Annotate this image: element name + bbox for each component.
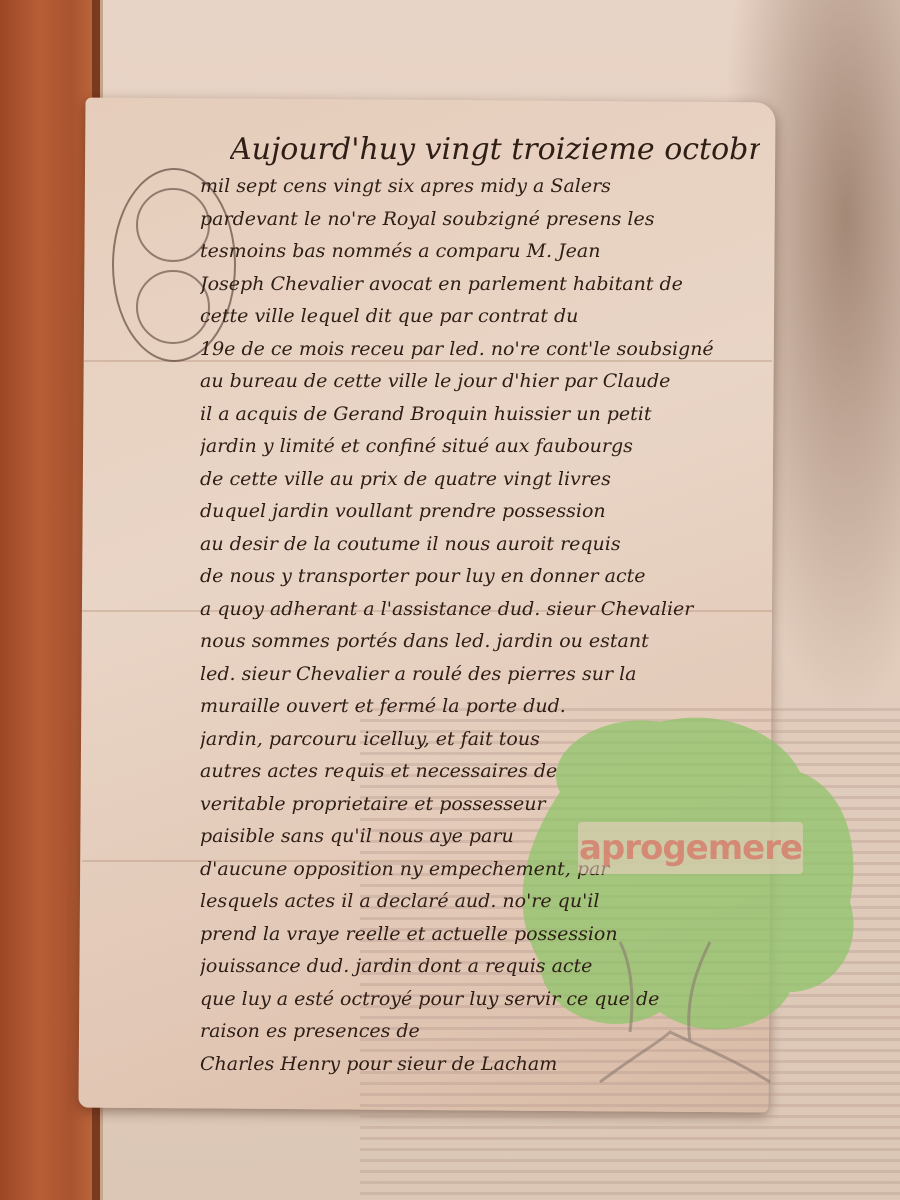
handwritten-text: Aujourd'huy vingt troizieme octobre mil …	[200, 130, 760, 1080]
document-line: Charles Henry pour sieur de Lacham	[200, 1048, 760, 1081]
document-line: prend la vraye reelle et actuelle posses…	[200, 918, 760, 951]
document-line: led. sieur Chevalier a roulé des pierres…	[200, 658, 760, 691]
document-line: Joseph Chevalier avocat en parlement hab…	[200, 268, 760, 301]
document-line: au desir de la coutume il nous auroit re…	[200, 528, 760, 561]
seal-rosette-icon	[136, 188, 210, 262]
document-line: a quoy adherant a l'assistance dud. sieu…	[200, 593, 760, 626]
document-line: nous sommes portés dans led. jardin ou e…	[200, 625, 760, 658]
document-line: muraille ouvert et fermé la porte dud.	[200, 690, 760, 723]
document-line: jardin y limité et confiné situé aux fau…	[200, 430, 760, 463]
seal-fleur-de-lis-icon	[136, 270, 210, 344]
document-line: il a acquis de Gerand Broquin huissier u…	[200, 398, 760, 431]
document-line: tesmoins bas nommés a comparu M. Jean	[200, 235, 760, 268]
document-line: autres actes requis et necessaires de	[200, 755, 760, 788]
document-line: jouissance dud. jardin dont a requis act…	[200, 950, 760, 983]
document-line: de cette ville au prix de quatre vingt l…	[200, 463, 760, 496]
watermark-badge: aprogemere	[578, 822, 803, 874]
document-line: veritable proprietaire et possesseur	[200, 788, 760, 821]
document-line: au bureau de cette ville le jour d'hier …	[200, 365, 760, 398]
document-line: raison es presences de	[200, 1015, 760, 1048]
watermark-text: aprogemere	[579, 828, 802, 868]
document-line: pardevant le no're Royal soubzigné prese…	[200, 203, 760, 236]
document-line: duquel jardin voullant prendre possessio…	[200, 495, 760, 528]
document-line: lesquels actes il a declaré aud. no're q…	[200, 885, 760, 918]
document-line: mil sept cens vingt six apres midy a Sal…	[200, 170, 760, 203]
document-line: Aujourd'huy vingt troizieme octobre	[230, 130, 760, 170]
document-line: jardin, parcouru icelluy, et fait tous	[200, 723, 760, 756]
document-line: cette ville lequel dit que par contrat d…	[200, 300, 760, 333]
document-line: que luy a esté octroyé pour luy servir c…	[200, 983, 760, 1016]
document-line: 19e de ce mois receu par led. no're cont…	[200, 333, 760, 366]
document-line: de nous y transporter pour luy en donner…	[200, 560, 760, 593]
